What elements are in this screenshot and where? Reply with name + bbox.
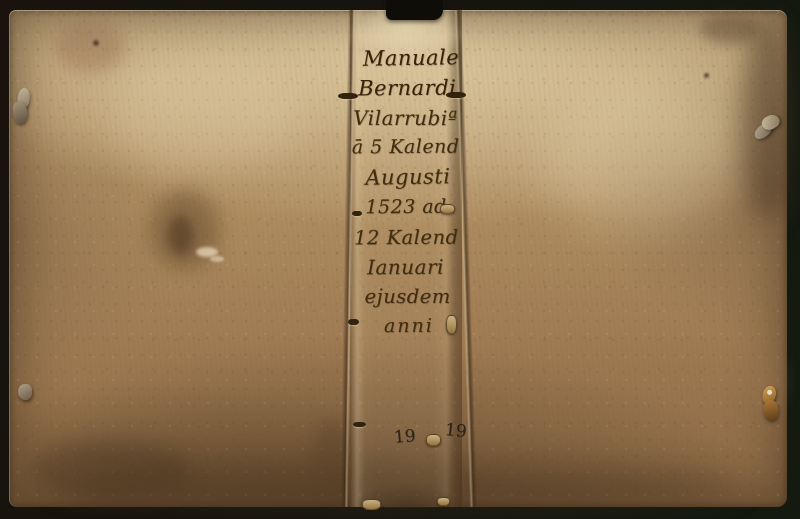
spine-title-line: Augusti xyxy=(348,162,469,194)
stain xyxy=(93,40,99,46)
tie-remnant-right-bottom xyxy=(758,385,781,421)
stain xyxy=(704,73,709,78)
spine-title-line: ā 5 Kalend xyxy=(346,133,466,164)
shelf-number-left: 19 xyxy=(393,426,416,448)
lacing-thong xyxy=(426,434,441,446)
spine-title-line: ejusdem xyxy=(348,282,468,312)
stain xyxy=(55,22,125,72)
lacing-slit xyxy=(352,211,362,216)
photo-background: Manuale Bernardi Vilarrubiª ā 5 Kalend A… xyxy=(0,0,800,519)
tie-remnant-left-bottom xyxy=(18,384,33,402)
lacing-thong xyxy=(362,499,381,510)
stain xyxy=(110,60,300,170)
lacing-thong xyxy=(446,315,457,334)
lacing-slit xyxy=(446,92,466,98)
stain xyxy=(700,14,760,44)
stain xyxy=(168,215,194,255)
tie-lobe xyxy=(762,399,779,420)
scuff-mark xyxy=(210,256,224,262)
headcap-notch xyxy=(386,0,443,20)
spine-title-line: Bernardi xyxy=(347,73,467,104)
spine-title-line: Ianuari xyxy=(345,252,465,283)
spine-title-line: Vilarrubiª xyxy=(345,103,465,133)
stain xyxy=(30,440,190,500)
tie-lobe xyxy=(18,384,32,400)
spine-title-line: 12 Kalend xyxy=(346,222,466,253)
lacing-thong xyxy=(440,204,455,214)
stain xyxy=(540,90,740,230)
lacing-slit xyxy=(338,93,358,99)
shelf-number-right: 19 xyxy=(444,420,468,442)
spine-title: Manuale Bernardi Vilarrubiª ā 5 Kalend A… xyxy=(345,44,467,343)
lacing-slit xyxy=(353,422,366,427)
lacing-slit xyxy=(348,319,359,325)
spine-title-line: Manuale xyxy=(351,43,471,75)
lacing-thong xyxy=(437,497,450,506)
